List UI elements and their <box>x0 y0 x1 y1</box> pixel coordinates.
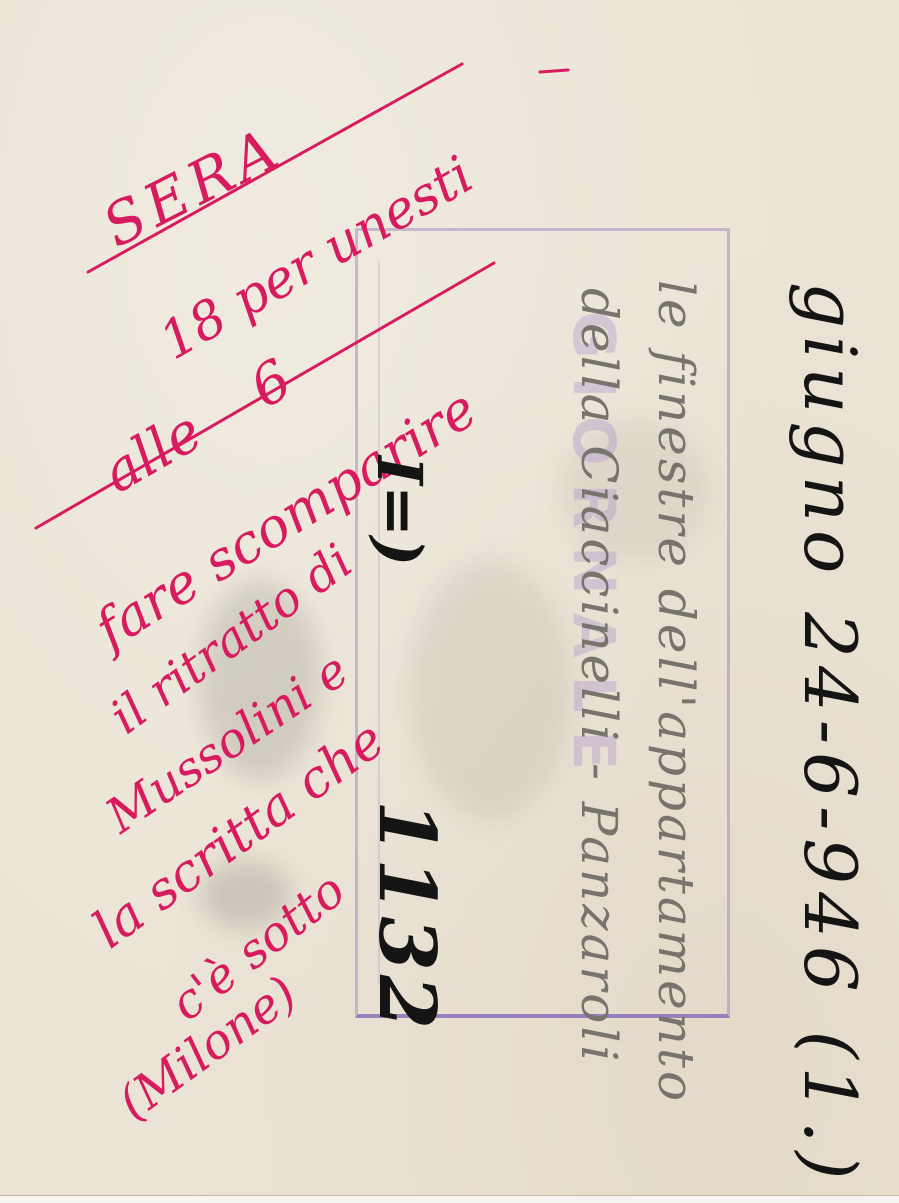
photo-card-back: GIORNALE SERA 18 per unesti alle 6 fare … <box>0 0 899 1196</box>
black-number-1132: 1132 <box>361 800 452 1033</box>
pencil-note-line2: della Ciaccinelli - Panzaroli <box>570 288 628 1064</box>
black-bracket-mark: I=) <box>363 456 436 566</box>
pencil-note-line1: le finestre dell'appartamento <box>647 280 705 1104</box>
black-date-line: giugno 24-6-946 (1.) <box>788 282 872 1187</box>
